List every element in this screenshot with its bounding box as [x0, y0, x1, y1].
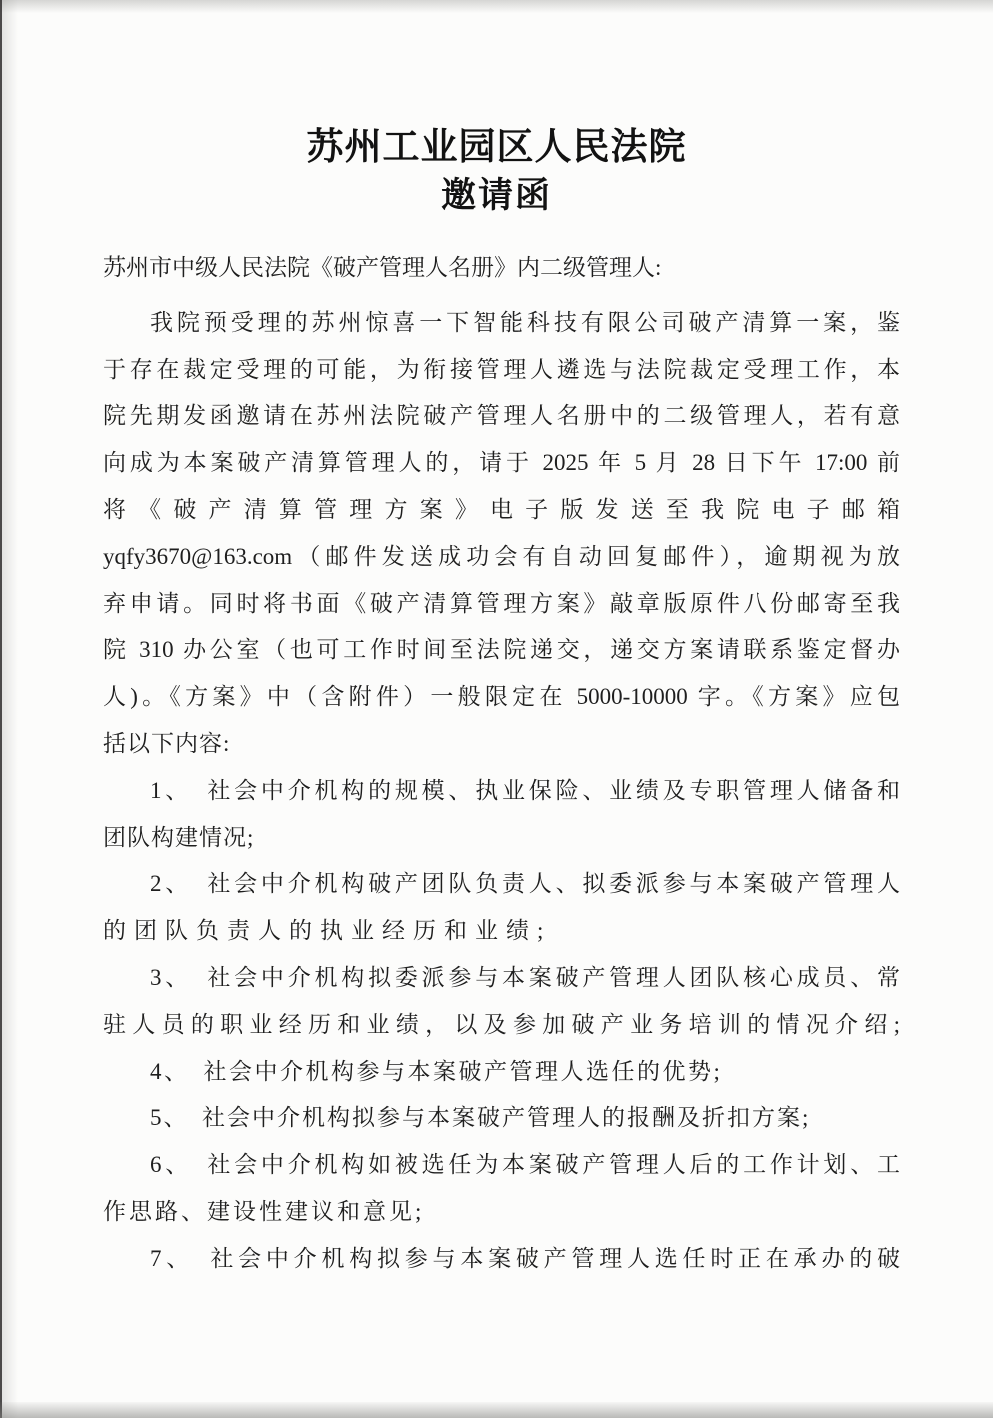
document-body: 苏州市中级人民法院《破产管理人名册》内二级管理人: 我院预受理的苏州惊喜一下智能… [103, 245, 900, 1283]
document-line: 6、 社会中介机构如被选任为本案破产管理人后的工作计划、工 [103, 1142, 900, 1189]
document-line: 人)。《方案》中（含附件）一般限定在 5000-10000 字。《方案》应包 [103, 674, 900, 721]
document-line: 于存在裁定受理的可能，为衔接管理人遴选与法院裁定受理工作，本 [103, 347, 900, 394]
document-line: 院先期发函邀请在苏州法院破产管理人名册中的二级管理人，若有意 [103, 393, 900, 440]
scan-artifact-bottom-edge [0, 1402, 993, 1418]
document-line: 驻人员的职业经历和业绩，以及参加破产业务培训的情况介绍; [103, 1002, 900, 1049]
document-line: 我院预受理的苏州惊喜一下智能科技有限公司破产清算一案，鉴 [103, 300, 900, 347]
document-line: 的团队负责人的执业经历和业绩; [103, 908, 900, 955]
salutation-line: 苏州市中级人民法院《破产管理人名册》内二级管理人: [103, 245, 900, 292]
document-line: 2、 社会中介机构破产团队负责人、拟委派参与本案破产管理人 [103, 861, 900, 908]
scan-artifact-top-edge [0, 0, 993, 13]
document-line: 5、 社会中介机构拟参与本案破产管理人的报酬及折扣方案; [103, 1095, 900, 1142]
document-line: yqfy3670@163.com（邮件发送成功会有自动回复邮件），逾期视为放 [103, 534, 900, 581]
document-line: 3、 社会中介机构拟委派参与本案破产管理人团队核心成员、常 [103, 955, 900, 1002]
document-line: 4、 社会中介机构参与本案破产管理人选任的优势; [103, 1049, 900, 1096]
document-line: 括以下内容: [103, 721, 900, 768]
document-line: 院 310 办公室（也可工作时间至法院递交，递交方案请联系鉴定督办 [103, 627, 900, 674]
document-line: 7、 社会中介机构拟参与本案破产管理人选任时正在承办的破 [103, 1236, 900, 1283]
document-line: 1、 社会中介机构的规模、执业保险、业绩及专职管理人储备和 [103, 768, 900, 815]
document-line: 向成为本案破产清算管理人的，请于 2025 年 5 月 28 日下午 17:00… [103, 440, 900, 487]
document-line: 弃申请。同时将书面《破产清算管理方案》敲章版原件八份邮寄至我 [103, 581, 900, 628]
document-line: 团队构建情况; [103, 815, 900, 862]
court-name-title: 苏州工业园区人民法院 [0, 116, 993, 170]
letter-type-title: 邀请函 [0, 168, 993, 218]
document-line: 将《破产清算管理方案》电子版发送至我院电子邮箱 [103, 487, 900, 534]
body-lines: 我院预受理的苏州惊喜一下智能科技有限公司破产清算一案，鉴于存在裁定受理的可能，为… [103, 300, 900, 1283]
document-line: 作思路、建设性建议和意见; [103, 1189, 900, 1236]
